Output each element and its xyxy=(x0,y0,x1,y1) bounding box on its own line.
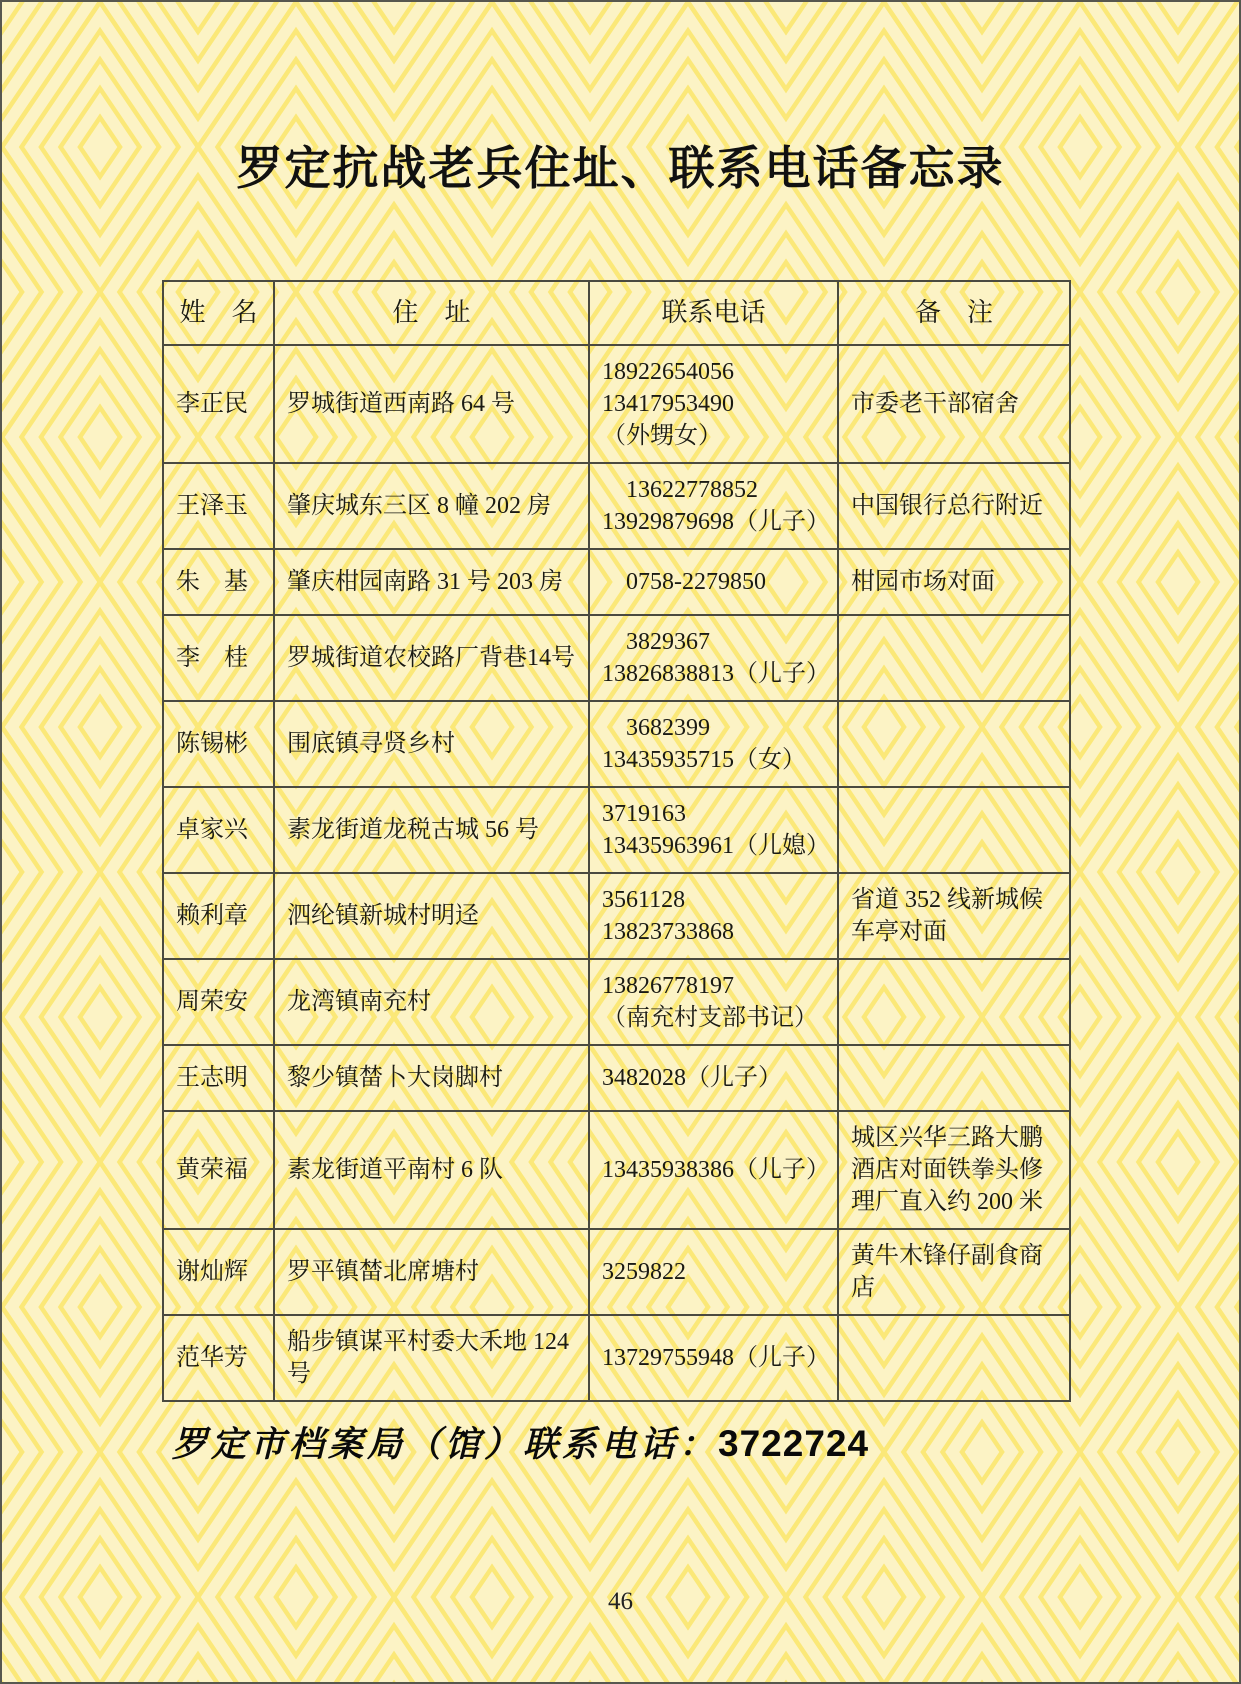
table-row: 王泽玉 肇庆城东三区 8 幢 202 房 1362277885213929879… xyxy=(163,463,1070,549)
archives-contact-line: 罗定市档案局（馆）联系电话：3722724 xyxy=(172,1417,869,1467)
page-title: 罗定抗战老兵住址、联系电话备忘录 xyxy=(2,132,1239,198)
table-row: 卓家兴 素龙街道龙税古城 56 号 371916313435963961（儿媳） xyxy=(163,787,1070,873)
phone-line: 13435935715（女） xyxy=(602,744,825,776)
phone-line: 13435963961（儿媳） xyxy=(602,830,825,862)
phone-line: 3561128 xyxy=(602,884,825,916)
phone-line: 13929879698（儿子） xyxy=(602,506,825,538)
veteran-phones: 3482028（儿子） xyxy=(589,1045,838,1111)
phone-line: （南充村支部书记） xyxy=(602,1002,825,1034)
phone-line: 3829367 xyxy=(602,626,825,658)
veteran-address: 肇庆柑园南路 31 号 203 房 xyxy=(274,549,589,615)
veteran-remark: 城区兴华三路大鹏酒店对面铁拳头修理厂直入约 200 米 xyxy=(838,1111,1070,1229)
veteran-address: 罗平镇榃北席塘村 xyxy=(274,1229,589,1315)
archives-contact-label: 罗定市档案局（馆）联系电话： xyxy=(172,1425,718,1464)
veteran-remark xyxy=(838,787,1070,873)
veteran-remark: 柑园市场对面 xyxy=(838,549,1070,615)
veteran-name: 朱 基 xyxy=(163,549,274,615)
veteran-address: 龙湾镇南充村 xyxy=(274,959,589,1045)
phone-line: 3259822 xyxy=(602,1256,825,1288)
table-row: 谢灿辉 罗平镇榃北席塘村 3259822 黄牛木锋仔副食商店 xyxy=(163,1229,1070,1315)
header-phone: 联系电话 xyxy=(589,281,838,345)
veteran-phones: 368239913435935715（女） xyxy=(589,701,838,787)
document-page: 罗定抗战老兵住址、联系电话备忘录 姓 名 住 址 联系电话 备 注 李正民 罗城… xyxy=(0,0,1241,1684)
archives-contact-phone: 3722724 xyxy=(718,1423,869,1464)
page-number: 46 xyxy=(2,1588,1239,1616)
table-row: 范华芳 船步镇谋平村委大禾地 124 号 13729755948（儿子） xyxy=(163,1315,1070,1401)
veteran-name: 黄荣福 xyxy=(163,1111,274,1229)
veteran-address: 罗城街道西南路 64 号 xyxy=(274,345,589,463)
veteran-remark: 黄牛木锋仔副食商店 xyxy=(838,1229,1070,1315)
veteran-name: 王志明 xyxy=(163,1045,274,1111)
veteran-name: 王泽玉 xyxy=(163,463,274,549)
table-row: 朱 基 肇庆柑园南路 31 号 203 房 0758-2279850 柑园市场对… xyxy=(163,549,1070,615)
phone-line: 13729755948（儿子） xyxy=(602,1342,825,1374)
phone-line: 13826778197 xyxy=(602,970,825,1002)
header-name: 姓 名 xyxy=(163,281,274,345)
phone-line: 0758-2279850 xyxy=(602,566,825,598)
veteran-remark xyxy=(838,1315,1070,1401)
veteran-phones: 13435938386（儿子） xyxy=(589,1111,838,1229)
veteran-name: 周荣安 xyxy=(163,959,274,1045)
phone-line: 3682399 xyxy=(602,712,825,744)
table-row: 王志明 黎少镇榃卜大岗脚村 3482028（儿子） xyxy=(163,1045,1070,1111)
veteran-address: 素龙街道平南村 6 队 xyxy=(274,1111,589,1229)
veteran-remark: 省道 352 线新城候车亭对面 xyxy=(838,873,1070,959)
veteran-remark: 市委老干部宿舍 xyxy=(838,345,1070,463)
veteran-name: 赖利章 xyxy=(163,873,274,959)
veteran-phones: 0758-2279850 xyxy=(589,549,838,615)
table-row: 李正民 罗城街道西南路 64 号 1892265405613417953490（… xyxy=(163,345,1070,463)
phone-line: 13417953490 xyxy=(602,388,825,420)
table-header-row: 姓 名 住 址 联系电话 备 注 xyxy=(163,281,1070,345)
page-content: 罗定抗战老兵住址、联系电话备忘录 姓 名 住 址 联系电话 备 注 李正民 罗城… xyxy=(2,2,1239,1682)
veteran-phones: 3259822 xyxy=(589,1229,838,1315)
veteran-name: 李正民 xyxy=(163,345,274,463)
phone-line: 13826838813（儿子） xyxy=(602,658,825,690)
veteran-remark xyxy=(838,959,1070,1045)
veteran-address: 素龙街道龙税古城 56 号 xyxy=(274,787,589,873)
veteran-remark xyxy=(838,1045,1070,1111)
veteran-phones: 356112813823733868 xyxy=(589,873,838,959)
phone-line: 13622778852 xyxy=(602,474,825,506)
table-row: 赖利章 泗纶镇新城村明迳 356112813823733868 省道 352 线… xyxy=(163,873,1070,959)
veteran-address: 罗城街道农校路厂背巷14号 xyxy=(274,615,589,701)
veteran-remark xyxy=(838,701,1070,787)
veteran-address: 泗纶镇新城村明迳 xyxy=(274,873,589,959)
veteran-remark xyxy=(838,615,1070,701)
veteran-name: 李 桂 xyxy=(163,615,274,701)
table-row: 周荣安 龙湾镇南充村 13826778197（南充村支部书记） xyxy=(163,959,1070,1045)
veteran-name: 卓家兴 xyxy=(163,787,274,873)
phone-line: 13823733868 xyxy=(602,916,825,948)
phone-line: 18922654056 xyxy=(602,356,825,388)
veteran-name: 范华芳 xyxy=(163,1315,274,1401)
phone-line: 3482028（儿子） xyxy=(602,1062,825,1094)
phone-line: 3719163 xyxy=(602,798,825,830)
header-address: 住 址 xyxy=(274,281,589,345)
table-row: 黄荣福 素龙街道平南村 6 队 13435938386（儿子） 城区兴华三路大鹏… xyxy=(163,1111,1070,1229)
veteran-address: 围底镇寻贤乡村 xyxy=(274,701,589,787)
veteran-name: 谢灿辉 xyxy=(163,1229,274,1315)
table-row: 李 桂 罗城街道农校路厂背巷14号 382936713826838813（儿子） xyxy=(163,615,1070,701)
veteran-phones: 1362277885213929879698（儿子） xyxy=(589,463,838,549)
phone-line: （外甥女） xyxy=(602,420,825,452)
veteran-address: 黎少镇榃卜大岗脚村 xyxy=(274,1045,589,1111)
veterans-contact-table: 姓 名 住 址 联系电话 备 注 李正民 罗城街道西南路 64 号 189226… xyxy=(162,280,1071,1402)
veteran-remark: 中国银行总行附近 xyxy=(838,463,1070,549)
veteran-name: 陈锡彬 xyxy=(163,701,274,787)
table-row: 陈锡彬 围底镇寻贤乡村 368239913435935715（女） xyxy=(163,701,1070,787)
veteran-phones: 1892265405613417953490（外甥女） xyxy=(589,345,838,463)
veterans-table-body: 李正民 罗城街道西南路 64 号 1892265405613417953490（… xyxy=(163,345,1070,1401)
veteran-address: 肇庆城东三区 8 幢 202 房 xyxy=(274,463,589,549)
phone-line: 13435938386（儿子） xyxy=(602,1154,825,1186)
header-remark: 备 注 xyxy=(838,281,1070,345)
veteran-phones: 13826778197（南充村支部书记） xyxy=(589,959,838,1045)
veteran-address: 船步镇谋平村委大禾地 124 号 xyxy=(274,1315,589,1401)
veteran-phones: 371916313435963961（儿媳） xyxy=(589,787,838,873)
veteran-phones: 382936713826838813（儿子） xyxy=(589,615,838,701)
veteran-phones: 13729755948（儿子） xyxy=(589,1315,838,1401)
